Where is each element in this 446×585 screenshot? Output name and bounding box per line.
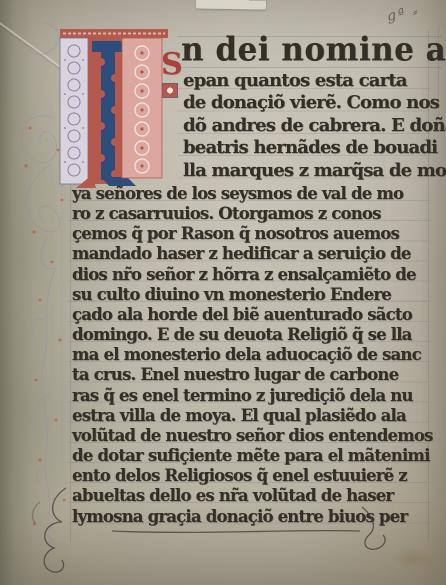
text-line: domingo. E de su deuota Religiõ q̃ se ll…	[72, 325, 434, 345]
manuscript-page: gª ⸗	[0, 0, 446, 585]
text-block-indented: epan quantos esta cartade donaçiõ vierẽ.…	[183, 70, 433, 182]
text-line: mandado haser z hedificar a seruiçio de	[72, 244, 434, 264]
text-line: beatris hernãdes de bouadi	[183, 137, 433, 159]
parchment-crease	[0, 22, 61, 68]
text-line: de dotar sufiçiente mẽte para el mãtenim…	[72, 446, 434, 466]
text-line: lymosna graçia donaçiõ entre biuos per	[72, 507, 434, 527]
text-line: ya señores de los seysmos de val de mo	[72, 184, 434, 204]
text-line: ma el monesterio dela aduocaçiõ de sanc	[72, 345, 434, 365]
text-line: de donaçiõ vierẽ. Como nos	[183, 92, 433, 114]
text-line: ta crus. Enel nuestro lugar de carbone	[72, 365, 434, 385]
ruling-line-vertical	[70, 30, 71, 542]
text-line: epan quantos esta carta	[183, 70, 433, 92]
ink-smudge	[392, 548, 436, 570]
text-line: çado ala horde del biẽ auenturado sãcto	[72, 305, 434, 325]
text-line: çemos q̃ por Rason q̃ nosotros auemos	[72, 224, 434, 244]
incipit-heading: n dei nomine amē	[181, 31, 443, 68]
text-line: volũtad de nuestro señor dios entendemos	[72, 426, 434, 446]
text-block-main: ya señores de los seysmos de val de moro…	[72, 184, 434, 527]
text-line: dios nr̃o señor z hõrra z ensalçamiẽto d…	[72, 265, 434, 285]
text-line: abueltas dello es nr̃a volũtad de haser	[72, 486, 434, 506]
archive-label-sticker	[196, 0, 266, 9]
initial-s-ornament	[162, 83, 178, 98]
initial-s: S	[161, 50, 183, 80]
text-line: ento delos Religiosos q̃ enel estuuierẽ …	[72, 466, 434, 486]
text-line: ro z casarruuios. Otorgamos z conos	[72, 204, 434, 224]
text-line: lla marques z marq̃sa de mo	[183, 160, 433, 182]
text-line: ras q̃ es enel termino z jurediçiõ dela …	[72, 386, 434, 406]
text-line: dõ andres de cabrera. E doña	[183, 115, 433, 137]
text-line: su culto diuino vn monesterio Endere	[72, 285, 434, 305]
text-line: estra villa de moya. El qual plasiẽdo al…	[72, 406, 434, 426]
illuminated-initial-i	[56, 27, 172, 193]
